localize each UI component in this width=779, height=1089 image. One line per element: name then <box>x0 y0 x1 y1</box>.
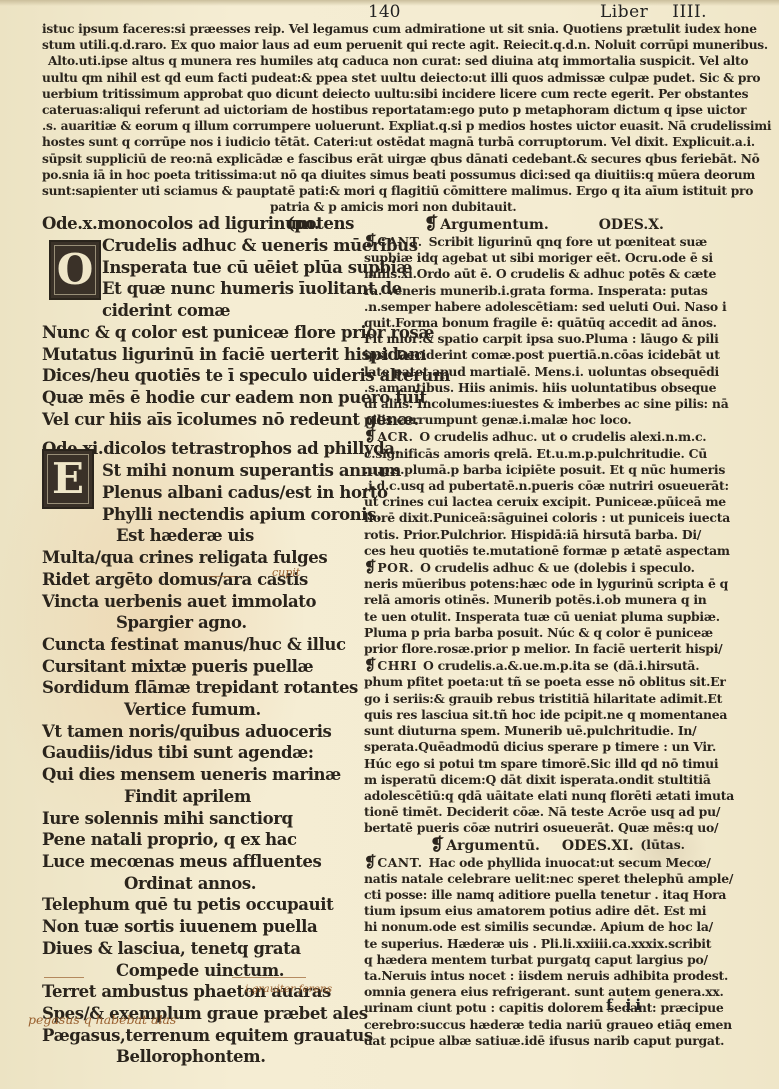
commentary-line: Fit mior:& spatio carpit ipsa suo.Pluma … <box>364 331 699 347</box>
commentary-line: quit.Forma bonum fragile ē: quātūq acced… <box>364 315 699 331</box>
commentary-line: Alto.uti.ipse altus q munera res humiles… <box>42 53 692 69</box>
commentary-line: ❡ACR.O crudelis adhuc. ut o crudelis ale… <box>364 428 699 445</box>
commentary-top-block: istuc ipsum faceres:si præesses reip. Ve… <box>42 21 692 215</box>
commentator-tag: CANT. <box>377 855 422 870</box>
commentary-line: bertatē pueris cōæ nutriri osueuerāt. Qu… <box>364 820 699 836</box>
commentary-line: cti posse: ille namq aditiore puella ten… <box>364 887 699 903</box>
argument-ode-number: ODES.X. <box>599 217 664 233</box>
pilcrow-icon: ❡ <box>364 427 376 445</box>
verse-line-adonic: Vertice fumum. <box>42 699 360 721</box>
argument-label: Argumentum. <box>440 217 548 233</box>
commentary-line: istuc ipsum faceres:si præesses reip. Ve… <box>42 21 692 37</box>
ode-x-title: Ode.x.monocolos ad ligurinum. <box>42 214 319 233</box>
ode-x-heading: Ode.x.monocolos ad ligurinum. (potens <box>42 213 360 235</box>
commentary-line: .s.amantibus. Hiis animis. hiis uoluntat… <box>364 380 699 396</box>
commentator-tag: CANT. <box>377 234 422 249</box>
commentary-line: ❡POR.O crudelis adhuc & ue (dolebis i sp… <box>364 559 699 576</box>
commentary-line: ta.Neruis intus nocet : iisdem neruis ad… <box>364 968 699 984</box>
handwritten-underline <box>205 576 235 577</box>
commentary-line: stum utili.q.d.raro. Ex quo maior laus a… <box>42 37 692 53</box>
verse-line: Diues & lasciua, tenetq grata <box>42 938 360 960</box>
pilcrow-icon: ❡ <box>424 214 438 234</box>
poem-column: Ode.x.monocolos ad ligurinum. (potens O … <box>42 213 360 1068</box>
commentary-line: te superius. Hæderæ uis . Pli.li.xxiiii.… <box>364 936 699 952</box>
commentary-line: .i.d.c.usq ad pubertatē.n.pueris cōæ nut… <box>364 478 699 494</box>
commentary-line: supbiæ idq agebat ut sibi moriger eēt. O… <box>364 250 699 266</box>
commentary-line: sunt:sapienter uti sciamus & pauptatē pa… <box>42 183 692 199</box>
ode-x-heading-tail: (potens <box>287 213 354 235</box>
commentary-line: ces heu quotiēs te.mutationē formæ p æta… <box>364 543 699 559</box>
commentary-line: ipsi. Deciderint comæ.post puertiā.n.cōa… <box>364 347 699 363</box>
commentary-line: go i seriis:& grauib rebus tristitiā hil… <box>364 691 699 707</box>
marginal-note-bottom: pegasus q habebat alas <box>28 1012 176 1027</box>
commentary-line: ut crines cui lactea ceruix excipit. Pun… <box>364 494 699 510</box>
verse-line: Dices/heu quotiēs te ī speculo uideris a… <box>42 365 360 387</box>
marginal-note-cupit: cupit <box>272 566 300 579</box>
verse-line: Non tuæ sortis iuuenem puella <box>42 916 360 938</box>
commentary-line: hostes sunt q corrūpe nos i iudicio tētā… <box>42 134 692 150</box>
commentary-line: uerbium tritissimum approbat quo dicunt … <box>42 86 692 102</box>
commentary-line: Húc ego si potui tm spare timorē.Sic ill… <box>364 756 699 772</box>
commentary-line: hi nonum.ode est similis secundæ. Apium … <box>364 919 699 935</box>
decorated-initial-e: E <box>42 449 94 509</box>
commentary-line: ❡CANT.Scribit ligurinū qnq fore ut pœnit… <box>364 233 699 250</box>
commentary-line: tium ipsum eius amatorem potius adire dē… <box>364 903 699 919</box>
commentary-line: liorē dixit.Puniceā:sāguinei coloris : u… <box>364 510 699 526</box>
commentary-line: .s. auaritiæ & eorum q illum corrumpere … <box>42 118 692 134</box>
commentary-line: te uen otulit. Insperata tuæ cū ueniat p… <box>364 609 699 625</box>
commentary-line: natis natale celebrare uelit:nec speret … <box>364 871 699 887</box>
commentary-line: Pluma p pria barba posuit. Núc & q color… <box>364 625 699 641</box>
signature-mark: f ii <box>606 996 645 1014</box>
commentary-line: sūpsit suppliciū de reo:nā explicādæ e f… <box>42 151 692 167</box>
commentary-line: uultu qm nihil est qd eum facti pudeat:&… <box>42 70 692 86</box>
handwritten-underline <box>44 977 84 978</box>
commentary-line: prior flore.rosæ.prior p melior. In faci… <box>364 641 699 657</box>
commentator-tag: ACR. <box>377 429 413 444</box>
commentary-line: phum pfitet poeta:ut tñ se poeta esse nō… <box>364 674 699 690</box>
commentary-line: ❡CANT.Hac ode phyllida inuocat:ut secum … <box>364 854 699 871</box>
pilcrow-icon: ❡ <box>430 835 444 855</box>
commentary-line: adolescētiū:q qdā uāitate elati nunq flo… <box>364 788 699 804</box>
commentary-line: q hædera mentem turbat purgatq caput lar… <box>364 952 699 968</box>
verse-line-adonic: Est hæderæ uis <box>42 525 360 547</box>
verse-line: Telephum quē tu petis occupauit <box>42 894 360 916</box>
verse-line: ciderint comæ <box>42 300 360 322</box>
verse-line: Mutatus ligurinū in faciē uerterit hispi… <box>42 344 360 366</box>
verse-line: Qui dies mensem ueneris marinæ <box>42 764 360 786</box>
argument-label: Argumentū. <box>446 838 540 854</box>
commentary-line: quis res lasciua sit.tñ hoc ide pcipit.n… <box>364 707 699 723</box>
commentary-line: dat pcipue albæ satiuæ.idē ifusus narib … <box>364 1033 699 1049</box>
verse-line-adonic: Findit aprilem <box>42 786 360 808</box>
handwritten-underline <box>232 977 306 978</box>
verse-line: Pægasus,terrenum equitem grauatus <box>42 1025 360 1047</box>
commentator-tag: CHRI <box>377 658 417 673</box>
commentary-line: ra. Veneris munerib.i.grata forma. Inspe… <box>364 283 699 299</box>
verse-line: Nunc & q color est puniceæ flore prior r… <box>42 322 360 344</box>
argument-ode-number: ODES.XI. <box>562 838 634 854</box>
argument-tail: (lūtas. <box>640 837 685 853</box>
verse-line-adonic: Bellorophontem. <box>42 1046 360 1068</box>
verse-line: Multa/qua crines religata fulges <box>42 547 360 569</box>
commentary-line: milis.xi.Ordo aūt ē. O crudelis & adhuc … <box>364 266 699 282</box>
argument-heading-x: ❡Argumentum.ODES.X. <box>364 216 699 233</box>
verse-line-adonic: Spargier agno. <box>42 612 360 634</box>
verse-line: Luce mecœnas meus affluentes <box>42 851 360 873</box>
commentary-line: late patet apud martialē. Mens.i. uolunt… <box>364 364 699 380</box>
running-title: LiberIIII. <box>600 2 707 22</box>
commentary-line: po.snia iā in hoc poeta tritissima:ut nō… <box>42 167 692 183</box>
commentary-line: di aliis. Incolumes:iuestes & imberbes a… <box>364 396 699 412</box>
commentary-line: .u.p.s.plumā.p barba icipiēte posuit. Et… <box>364 462 699 478</box>
commentary-line: urinam ciunt potu : capitis dolorem seda… <box>364 1000 699 1016</box>
commentary-line: rotis. Prior.Pulchrior. Hispidā:iā hirsu… <box>364 527 699 543</box>
commentary-line: sperata.Quēadmodū dicius sperare p timer… <box>364 739 699 755</box>
folio-number: 140 <box>368 2 400 22</box>
running-title-label: Liber <box>600 2 648 22</box>
verse-line: Vt tamen noris/quibus aduoceris <box>42 721 360 743</box>
verse-line: Sordidum flāmæ trepidant rotantes <box>42 677 360 699</box>
commentary-line: cateruas:aliqui referunt ad uictoriam de… <box>42 102 692 118</box>
commentary-line: tionē timēt. Deciderit cōæ. Nā teste Acr… <box>364 804 699 820</box>
pilcrow-icon: ❡ <box>364 232 376 250</box>
commentary-line: pilis corrumpunt genæ.i.malæ hoc loco. <box>364 412 699 428</box>
commentary-line: neris mūeribus potens:hæc ode in lygurin… <box>364 576 699 592</box>
pilcrow-icon: ❡ <box>364 853 376 871</box>
decorated-initial-o: O <box>49 240 101 300</box>
book-number: IIII. <box>672 2 707 22</box>
commentary-line: c.significās amoris qrelā. Et.u.m.p.pulc… <box>364 446 699 462</box>
initial-border <box>54 245 96 295</box>
verse-line-adonic: Compede uinctum. <box>42 960 360 982</box>
initial-border <box>47 454 89 504</box>
commentary-line: ❡CHRIO crudelis.a.&.ue.m.p.ita se (dā.i.… <box>364 657 699 674</box>
verse-line: Pene natali proprio, q ex hac <box>42 829 360 851</box>
argument-heading-xi: ❡Argumentū.ODES.XI.(lūtas. <box>364 837 699 854</box>
verse-line: Vincta uerbenis auet immolato <box>42 591 360 613</box>
commentary-line: sunt diuturna spem. Munerib uē.pulchritu… <box>364 723 699 739</box>
verse-line: Ridet argēto domus/ara castis <box>42 569 360 591</box>
verse-line: Cuncta festinat manus/huc & illuc <box>42 634 360 656</box>
verse-line: Iure solennis mihi sanctiorq <box>42 808 360 830</box>
pilcrow-icon: ❡ <box>364 656 376 674</box>
commentary-line: omnia genera eius refrigerant. sunt aute… <box>364 984 699 1000</box>
verse-line: Vel cur hiis aīs īcolumes nō redeunt gen… <box>42 409 360 431</box>
commentary-line: .n.semper habere adolescētiam: sed uelut… <box>364 299 699 315</box>
verse-line: Quæ mēs ē hodie cur eadem non puero fuit <box>42 387 360 409</box>
book-page: 140 LiberIIII. istuc ipsum faceres:si pr… <box>0 0 779 1089</box>
commentator-tag: POR. <box>377 560 414 575</box>
pilcrow-icon: ❡ <box>364 558 376 576</box>
page-header: 140 LiberIIII. <box>0 0 779 22</box>
commentary-line: relā amoris otinēs. Munerib potēs.i.ob m… <box>364 592 699 608</box>
verse-line: Gaudiis/idus tibi sunt agendæ: <box>42 742 360 764</box>
verse-line-adonic: Ordinat annos. <box>42 873 360 895</box>
commentary-column: ❡Argumentum.ODES.X. ❡CANT.Scribit liguri… <box>364 216 699 1049</box>
verse-line: Cursitant mixtæ pueris puellæ <box>42 656 360 678</box>
commentary-line: cerebro:succus hæderæ tedia nariū graueo… <box>364 1017 699 1033</box>
marginal-note-grauiter: i.grauiter ferens <box>245 983 332 995</box>
commentary-line: m isperatū dicem:Q dāt dixit isperata.on… <box>364 772 699 788</box>
